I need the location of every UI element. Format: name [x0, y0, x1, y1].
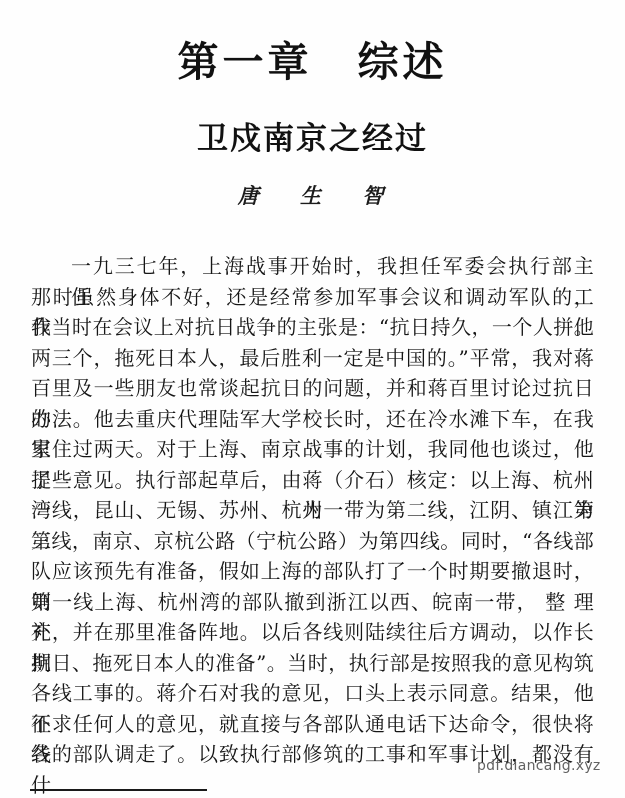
body-line: 第一线上海、杭州湾的部队撤到浙江以西、皖南一带， 整 理 补	[31, 587, 594, 618]
body-line: 一线，昆山、无锡、苏州、杭州一带为第二线，江阴、镇江为第	[31, 495, 594, 526]
body-line: 一九三七年，上海战事开始时，我担任军委会执行部主任，	[31, 251, 594, 282]
body-line: 队应该预先有准备，假如上海的部队打了一个时期要撤退时，则	[31, 556, 594, 587]
section-title: 卫戍南京之经过	[0, 122, 625, 156]
body-line: 了些意见。执行部起草后，由蒋（介石）核定：以上海、杭州湾为第	[31, 465, 594, 496]
body-line: 两三个，拖死日本人，最后胜利一定是中国的。”平常，我对蒋	[31, 343, 594, 374]
body-line: 我当时在会议上对抗日战争的主张是：“抗日持久，一个人拼他	[31, 312, 594, 343]
body-line: 充，并在那里准备阵地。以后各线则陆续往后方调动，以作长期	[31, 617, 594, 648]
body-line: 各线工事的。蒋介石对我的意见，口头上表示同意。结果，他不	[31, 678, 594, 709]
body-line: 三线，南京、京杭公路（宁杭公路）为第四线。同时，“各线部	[31, 526, 594, 557]
body-line: 那时虽然身体不好，还是经常参加军事会议和调动军队的工作。	[31, 282, 594, 313]
body-text: 一九三七年，上海战事开始时，我担任军委会执行部主任， 那时虽然身体不好，还是经常…	[31, 251, 594, 770]
body-line: 办法。他去重庆代理陆军大学校长时，还在冷水滩下车，在我家	[31, 404, 594, 435]
scanned-book-page: 第一章 综述 卫戍南京之经过 唐 生 智 一九三七年，上海战事开始时，我担任军委…	[0, 0, 625, 798]
watermark-text: pdf.diancang.xyz	[477, 758, 601, 774]
body-line: 征求任何人的意见，就直接与各部队通电话下达命令，很快将各	[31, 709, 594, 740]
body-line: 百里及一些朋友也常谈起抗日的问题，并和蒋百里讨论过抗日的	[31, 373, 594, 404]
body-line: 里住过两天。对于上海、南京战事的计划，我同他也谈过，他提	[31, 434, 594, 465]
footnote-separator-rule	[30, 789, 207, 791]
chapter-title: 第一章 综述	[0, 40, 625, 85]
body-line: 抗日、拖死日本人的准备”。当时，执行部是按照我的意见构筑	[31, 648, 594, 679]
author-name: 唐 生 智	[0, 180, 625, 210]
